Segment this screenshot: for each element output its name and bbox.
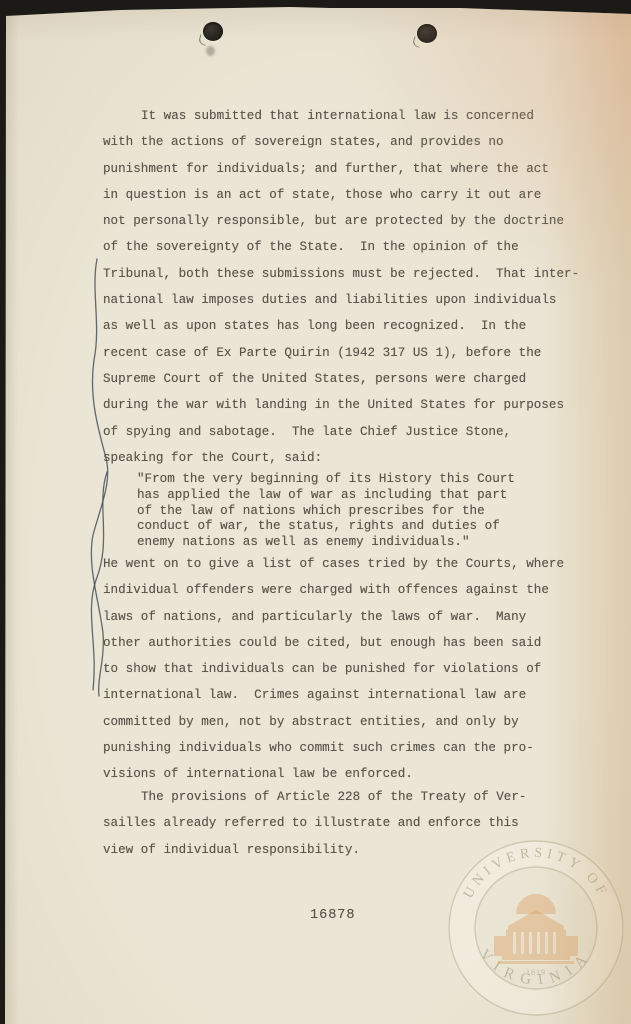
document-page: It was submitted that international law … bbox=[0, 0, 631, 1024]
text-line: enemy nations as well as enemy individua… bbox=[137, 535, 515, 551]
text-line: It was submitted that international law … bbox=[103, 103, 579, 129]
block-quote: "From the very beginning of its History … bbox=[137, 472, 515, 551]
text-line: not personally responsible, but are prot… bbox=[103, 208, 579, 234]
text-line: He went on to give a list of cases tried… bbox=[103, 551, 564, 577]
text-line: laws of nations, and particularly the la… bbox=[103, 604, 564, 630]
text-line: to show that individuals can be punished… bbox=[103, 656, 564, 682]
text-line: of the sovereignty of the State. In the … bbox=[103, 234, 579, 260]
text-line: during the war with landing in the Unite… bbox=[103, 392, 579, 418]
text-line: punishment for individuals; and further,… bbox=[103, 156, 579, 182]
paragraph-1: It was submitted that international law … bbox=[103, 103, 579, 471]
text-line: punishing individuals who commit such cr… bbox=[103, 735, 564, 761]
text-line: as well as upon states has long been rec… bbox=[103, 313, 579, 339]
text-line: has applied the law of war as including … bbox=[137, 488, 515, 504]
paragraph-2: He went on to give a list of cases tried… bbox=[103, 551, 564, 788]
text-line: national law imposes duties and liabilit… bbox=[103, 287, 579, 313]
text-line: committed by men, not by abstract entiti… bbox=[103, 709, 564, 735]
scanned-document-photo: It was submitted that international law … bbox=[0, 0, 631, 1024]
text-line: international law. Crimes against intern… bbox=[103, 682, 564, 708]
text-line: other authorities could be cited, but en… bbox=[103, 630, 564, 656]
text-line: recent case of Ex Parte Quirin (1942 317… bbox=[103, 340, 579, 366]
edge-artifact bbox=[0, 604, 4, 615]
seal-year: 1819 bbox=[526, 968, 546, 977]
page-number: 16878 bbox=[310, 908, 356, 923]
text-line: conduct of war, the status, rights and d… bbox=[137, 519, 515, 535]
text-line: in question is an act of state, those wh… bbox=[103, 182, 579, 208]
university-of-virginia-seal-watermark: UNIVERSITY OF VIRGINIA 1819 bbox=[446, 838, 626, 1018]
text-line: individual offenders were charged with o… bbox=[103, 577, 564, 603]
text-line: with the actions of sovereign states, an… bbox=[103, 129, 579, 155]
text-line: The provisions of Article 228 of the Tre… bbox=[103, 784, 526, 810]
text-line: of the law of nations which prescribes f… bbox=[137, 504, 515, 520]
text-line: "From the very beginning of its History … bbox=[137, 472, 515, 488]
text-line: Supreme Court of the United States, pers… bbox=[103, 366, 579, 392]
text-line: sailles already referred to illustrate a… bbox=[103, 810, 526, 836]
text-line: of spying and sabotage. The late Chief J… bbox=[103, 419, 579, 445]
text-line: speaking for the Court, said: bbox=[103, 445, 579, 471]
text-line: Tribunal, both these submissions must be… bbox=[103, 261, 579, 287]
